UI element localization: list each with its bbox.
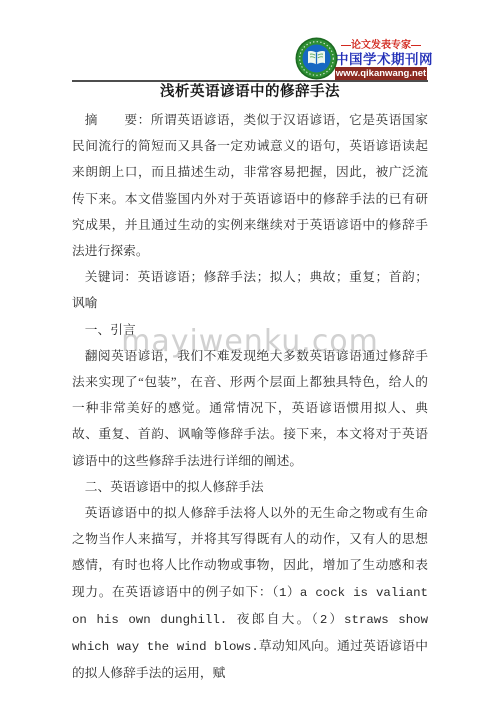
keywords-paragraph: 关键词：英语谚语；修辞手法；拟人；典故；重复；首韵；讽喻	[72, 264, 428, 316]
keywords-label: 关键词：	[85, 270, 138, 284]
section2-paragraph: 英语谚语中的拟人修辞手法将人以外的无生命之物或有生命之物当作人来描写，并将其写得…	[72, 500, 428, 686]
open-book-icon	[295, 37, 338, 80]
logo-site-url: www.qikanwang.net	[335, 67, 427, 80]
qikanwang-emblem-icon	[295, 37, 338, 80]
abstract-paragraph: 摘 要：所谓英语谚语，类似于汉语谚语，它是英语国家民间流行的简短而又具备一定劝诫…	[72, 107, 428, 264]
document-page: —论文发表专家— 中国学术期刊网 www.qikanwang.net mayiw…	[0, 0, 500, 708]
logo-site-name: 中国学术期刊网	[335, 52, 427, 67]
section1-heading: 一、引言	[72, 317, 428, 343]
document-content: 浅析英语谚语中的修辞手法 摘 要：所谓英语谚语，类似于汉语谚语，它是英语国家民间…	[72, 84, 428, 686]
header-divider	[72, 80, 428, 82]
qikanwang-logo: —论文发表专家— 中国学术期刊网 www.qikanwang.net	[295, 37, 427, 80]
logo-tagline: —论文发表专家—	[335, 40, 427, 52]
logo-text-block: —论文发表专家— 中国学术期刊网 www.qikanwang.net	[335, 37, 427, 80]
abstract-label: 摘 要：	[85, 113, 151, 127]
section2-zh2: 夜郎自大。	[237, 612, 312, 626]
abstract-text: 所谓英语谚语，类似于汉语谚语，它是英语国家民间流行的简短而又具备一定劝诫意义的语…	[72, 113, 428, 258]
page-title: 浅析英语谚语中的修辞手法	[72, 84, 428, 101]
section2-heading: 二、英语谚语中的拟人修辞手法	[72, 474, 428, 500]
section1-paragraph: 翻阅英语谚语，我们不难发现绝大多数英语谚语通过修辞手法来实现了“包装”，在音、形…	[72, 343, 428, 474]
